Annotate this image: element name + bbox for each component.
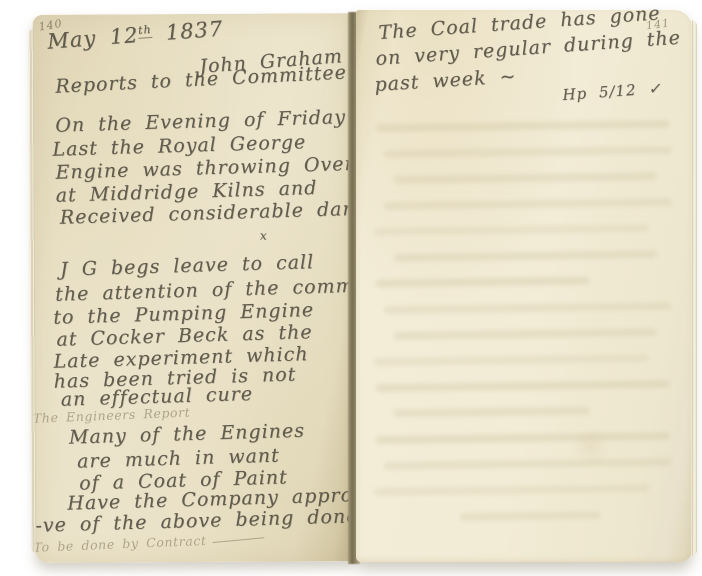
- ghost-text-line: [384, 146, 672, 158]
- bleedthrough-area: [370, 122, 676, 538]
- right-page: 141 The Coal trade has gone on very regu…: [356, 10, 692, 562]
- left-page: 140 May 12th1837 John Graham Reports to …: [33, 13, 354, 563]
- manuscript-line: past week ~: [374, 67, 517, 95]
- manuscript-photo: 140 May 12th1837 John Graham Reports to …: [0, 0, 702, 576]
- date-heading: May 12th1837: [47, 19, 224, 53]
- shorthand-annotation: Hp 5/12 ✓: [562, 81, 662, 103]
- pencil-annotation: The Engineers Report: [33, 405, 191, 426]
- ghost-text-line: [376, 277, 590, 288]
- manuscript-line: Many of the Engines: [69, 422, 306, 448]
- date-year: 1837: [165, 17, 224, 45]
- ghost-text-line: [394, 407, 590, 418]
- ghost-text-line: [376, 120, 670, 132]
- ghost-text-line: [460, 511, 601, 521]
- manuscript-line: J G begs leave to call: [60, 253, 315, 280]
- ghost-text-line: [374, 484, 649, 496]
- ghost-text-line: [376, 380, 670, 392]
- ghost-text-line: [374, 224, 649, 236]
- ghost-text-line: [376, 432, 670, 444]
- ghost-text-line: [384, 198, 672, 210]
- ghost-text-line: [374, 354, 649, 366]
- ghost-text-line: [384, 302, 672, 314]
- report-title: Reports to the Committee: [55, 63, 347, 96]
- ghost-text-line: [394, 172, 657, 184]
- date-ordinal: th: [138, 23, 153, 39]
- inline-mark: x: [260, 229, 268, 241]
- pencil-swash: [213, 537, 265, 543]
- ghost-text-line: [394, 250, 657, 262]
- open-notebook: 140 May 12th1837 John Graham Reports to …: [30, 6, 692, 568]
- ghost-text-line: [394, 328, 657, 340]
- ghost-text-line: [384, 458, 672, 470]
